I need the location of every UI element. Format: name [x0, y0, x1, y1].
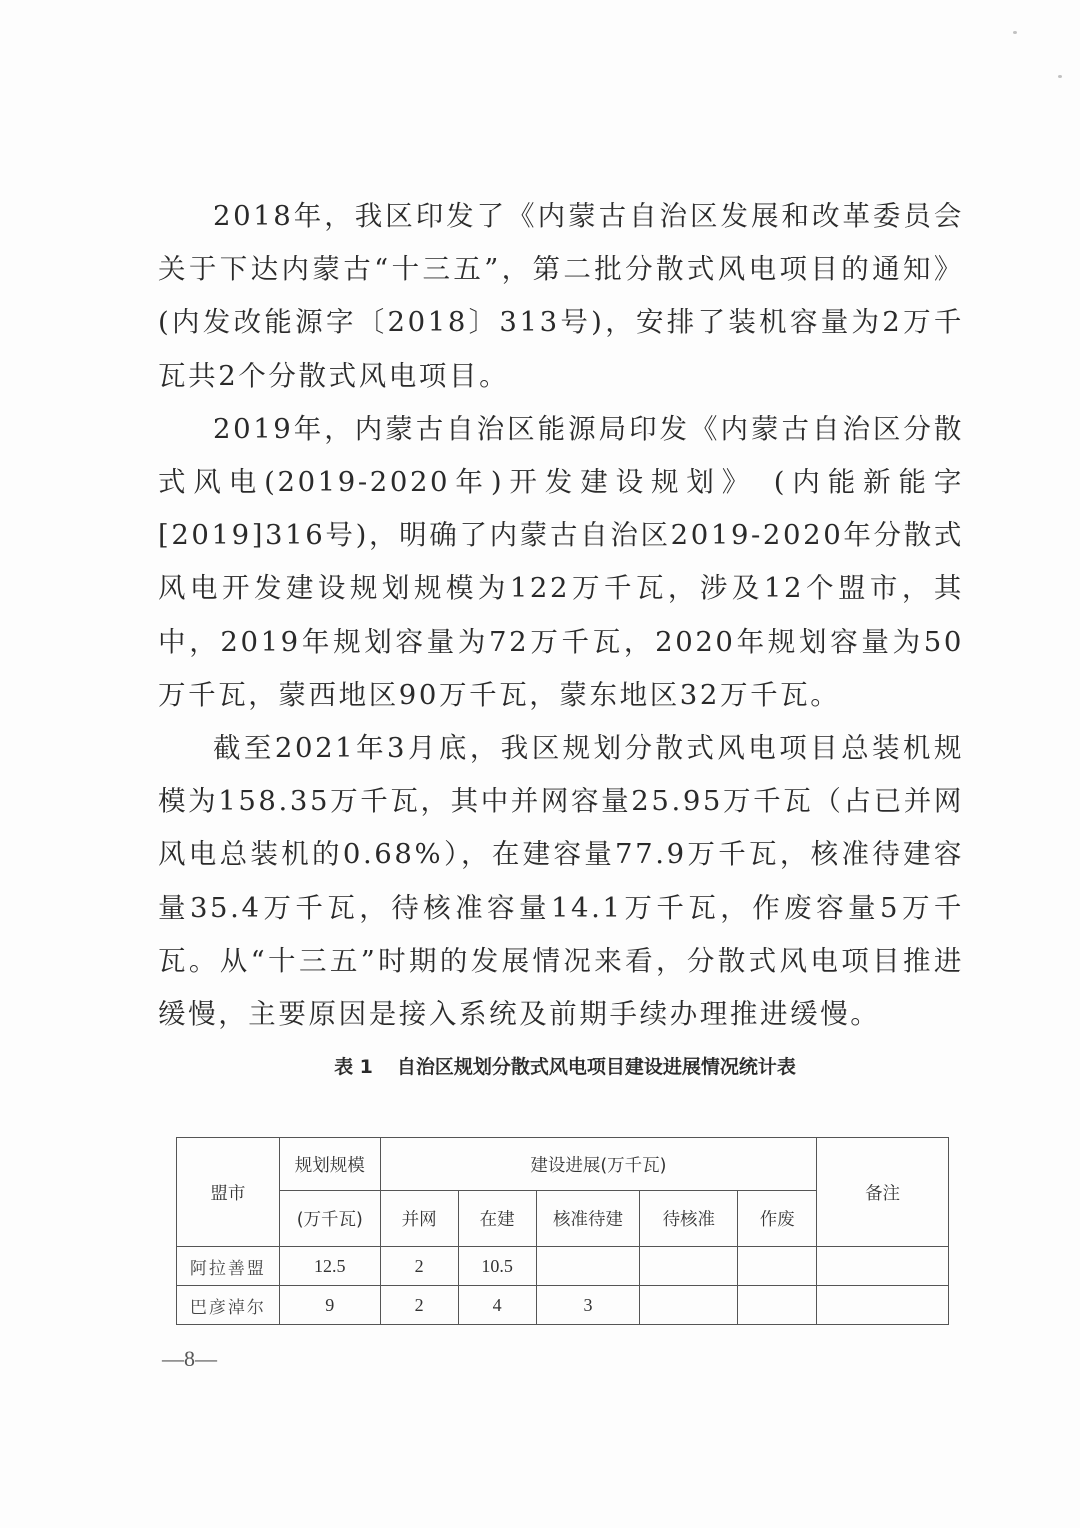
table-header-row: 盟市 规划规模 建设进展(万千瓦) 备注	[177, 1138, 949, 1191]
cell-plan: 9	[279, 1286, 380, 1325]
header-grid: 并网	[380, 1191, 458, 1247]
scan-speck	[1013, 31, 1017, 34]
header-region: 盟市	[177, 1138, 280, 1247]
page-number: —8—	[162, 1346, 217, 1372]
progress-table: 盟市 规划规模 建设进展(万千瓦) 备注 (万千瓦) 并网 在建 核准待建 待核…	[176, 1137, 949, 1325]
cell-approved	[536, 1247, 640, 1286]
cell-region: 阿拉善盟	[177, 1247, 280, 1286]
header-approved: 核准待建	[536, 1191, 640, 1247]
paragraph-2021: 截至2021年3月底，我区规划分散式风电项目总装机规模为158.35万千瓦，其中…	[158, 722, 964, 1041]
cell-approved: 3	[536, 1286, 640, 1325]
cell-building: 4	[458, 1286, 536, 1325]
cell-building: 10.5	[458, 1247, 536, 1286]
cell-void	[738, 1247, 817, 1286]
table-row: 巴彦淖尔 9 2 4 3	[177, 1286, 949, 1325]
cell-pending	[640, 1247, 738, 1286]
table-caption-number: 表 1	[334, 1056, 373, 1078]
cell-remarks	[817, 1286, 949, 1325]
header-void: 作废	[738, 1191, 817, 1247]
header-plan-scale: 规划规模	[279, 1138, 380, 1191]
header-plan-unit: (万千瓦)	[279, 1191, 380, 1247]
cell-plan: 12.5	[279, 1247, 380, 1286]
table-caption-title: 自治区规划分散式风电项目建设进展情况统计表	[397, 1056, 796, 1078]
header-pending: 待核准	[640, 1191, 738, 1247]
body-text: 2018年，我区印发了《内蒙古自治区发展和改革委员会关于下达内蒙古“十三五”，第…	[158, 190, 964, 1041]
cell-pending	[640, 1286, 738, 1325]
paragraph-2019: 2019年，内蒙古自治区能源局印发《内蒙古自治区分散式风电(2019-2020年…	[158, 403, 964, 722]
table-caption: 表 1自治区规划分散式风电项目建设进展情况统计表	[0, 1052, 1080, 1079]
header-remarks: 备注	[817, 1138, 949, 1247]
table-row: 阿拉善盟 12.5 2 10.5	[177, 1247, 949, 1286]
cell-void	[738, 1286, 817, 1325]
cell-grid: 2	[380, 1286, 458, 1325]
cell-region: 巴彦淖尔	[177, 1286, 280, 1325]
cell-remarks	[817, 1247, 949, 1286]
paragraph-2018: 2018年，我区印发了《内蒙古自治区发展和改革委员会关于下达内蒙古“十三五”，第…	[158, 190, 964, 403]
cell-grid: 2	[380, 1247, 458, 1286]
header-progress: 建设进展(万千瓦)	[380, 1138, 816, 1191]
scan-speck	[1058, 75, 1062, 78]
header-building: 在建	[458, 1191, 536, 1247]
